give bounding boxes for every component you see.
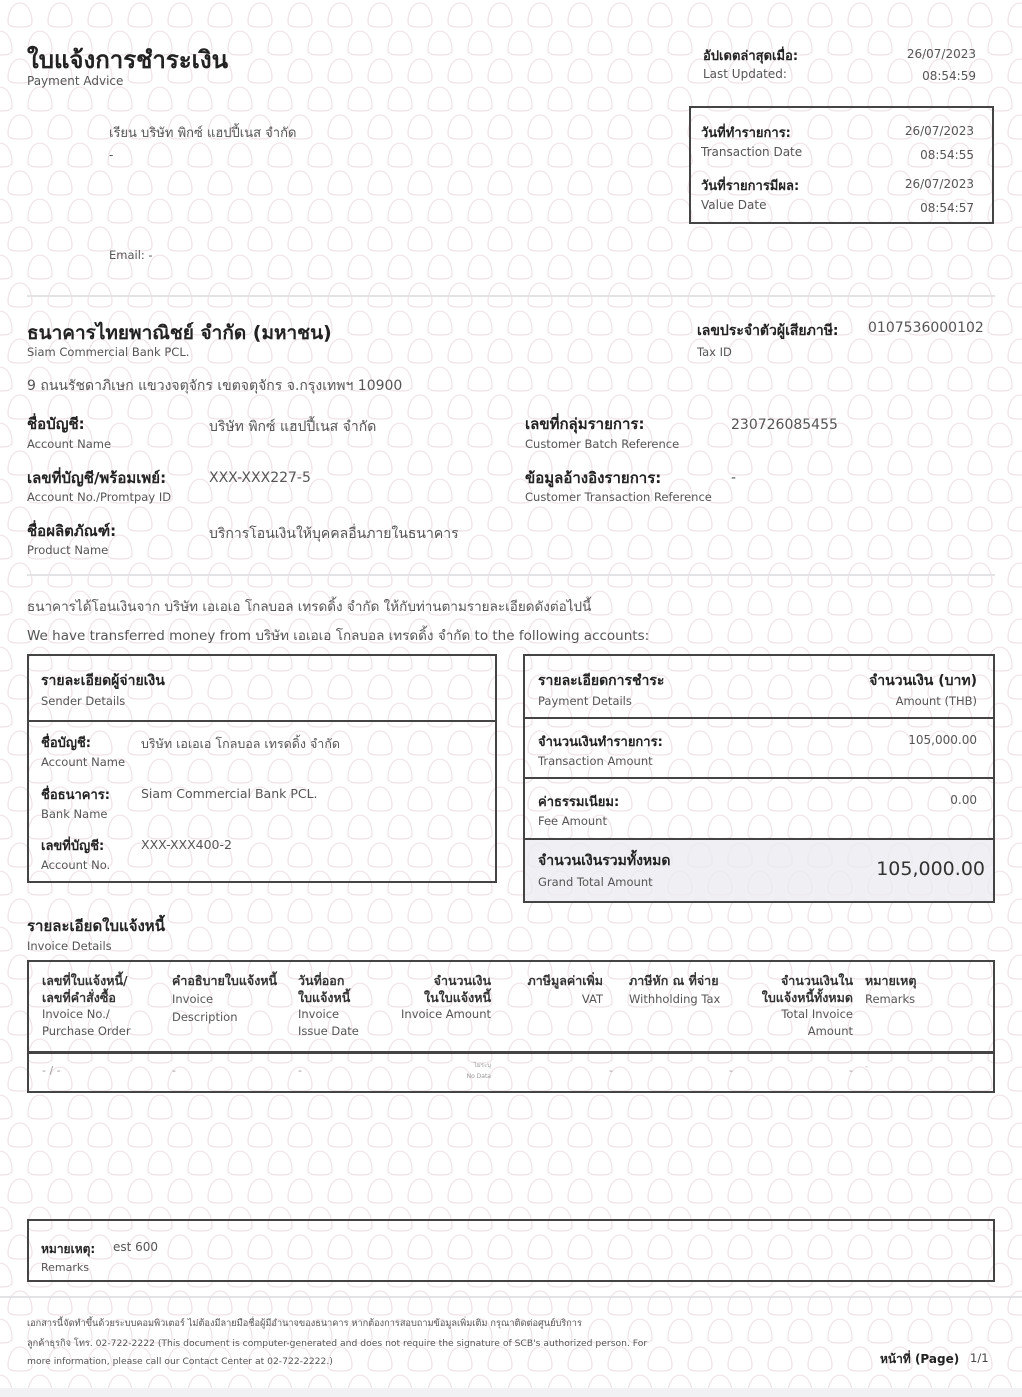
sender-bank-name-value: Siam Commercial Bank PCL. (141, 786, 318, 801)
last-updated-time: 08:54:59 (860, 69, 976, 83)
tx-ref-label: ข้อมูลอ้างอิงรายการ: (525, 466, 661, 490)
invoice-col-issue-date: วันที่ออก ใบแจ้งหนี้ Invoice Issue Date (298, 972, 388, 1040)
payment-advice-page: ใบแจ้งการชำระเงิน Payment Advice อัปเดตล… (0, 0, 1022, 1397)
invoice-col-remarks: หมายเหตุ Remarks (865, 972, 965, 1008)
grand-total-label: จำนวนเงินรวมทั้งหมด (538, 850, 670, 872)
sender-title-en: Sender Details (41, 694, 125, 708)
transaction-amount-label: จำนวนเงินทำรายการ: (538, 731, 663, 752)
tx-ref-value: - (731, 470, 736, 486)
invoice-col-amount: จำนวนเงิน ในใบแจ้งหนี้ Invoice Amount (389, 972, 491, 1022)
sender-account-no-value: XXX-XXX400-2 (141, 837, 232, 852)
sender-title: รายละเอียดผู้จ่ายเงิน (41, 670, 165, 692)
sender-details-box: รายละเอียดผู้จ่ายเงิน Sender Details ชื่… (27, 654, 497, 883)
remarks-label: หมายเหตุ: (41, 1240, 95, 1259)
last-updated-label-en: Last Updated: (703, 67, 787, 81)
account-number-label-en: Account No./Promtpay ID (27, 490, 171, 504)
invoice-col-withholding: ภาษีหัก ณ ที่จ่าย Withholding Tax (629, 972, 739, 1008)
tax-id-value: 0107536000102 (868, 320, 984, 336)
divider (27, 295, 995, 297)
tax-id-label: เลขประจำตัวผู้เสียภาษี: (697, 320, 839, 342)
batch-ref-label: เลขที่กลุ่มรายการ: (525, 412, 644, 436)
fee-amount-label-en: Fee Amount (538, 814, 607, 828)
invoice-col-total: จำนวนเงินใน ใบแจ้งหนี้ทั้งหมด Total Invo… (741, 972, 853, 1040)
transaction-amount-value: 105,000.00 (765, 733, 977, 747)
value-time: 08:54:57 (851, 201, 974, 215)
tax-id-label-en: Tax ID (697, 345, 732, 359)
remarks-box: หมายเหตุ: est 600 Remarks (27, 1219, 995, 1282)
batch-ref-value: 230726085455 (731, 417, 838, 433)
sender-bank-name-label: ชื่อธนาคาร: (41, 784, 110, 805)
last-updated-date: 26/07/2023 (860, 47, 976, 61)
transfer-note-en: We have transferred money from บริษัท เอ… (27, 624, 649, 646)
table-row: - / - - - ไม่ระบุ No Data - - - - (29, 1054, 993, 1091)
sender-account-name-value: บริษัท เอเอเอ โกลบอล เทรดดิ้ง จำกัด (141, 734, 340, 754)
invoice-issue-date-cell: - (298, 1064, 302, 1077)
invoice-table: เลขที่ใบแจ้งหนี้/ เลขที่คำสั่งซื้อ Invoi… (27, 960, 995, 1093)
payment-title: รายละเอียดการชำระ (538, 670, 664, 692)
invoice-description-cell: - (172, 1064, 176, 1077)
transaction-date: 26/07/2023 (851, 124, 974, 138)
value-date-label: วันที่รายการมีผล: (701, 175, 799, 196)
bank-address: 9 ถนนรัชดาภิเษก แขวงจตุจักร เขตจตุจักร จ… (27, 375, 402, 397)
payment-header-divider (525, 717, 993, 719)
batch-ref-label-en: Customer Batch Reference (525, 437, 679, 451)
transaction-amount-label-en: Transaction Amount (538, 754, 653, 768)
invoice-title-en: Invoice Details (27, 939, 112, 953)
remarks-value: est 600 (113, 1240, 158, 1254)
payment-row-divider (525, 777, 993, 779)
invoice-vat-cell: - (609, 1064, 613, 1077)
account-number-value: XXX-XXX227-5 (209, 470, 311, 486)
amount-header-en: Amount (THB) (765, 694, 977, 708)
sender-account-no-label: เลขที่บัญชี: (41, 835, 104, 856)
account-name-label-en: Account Name (27, 437, 111, 451)
transaction-date-label: วันที่ทำรายการ: (701, 122, 791, 143)
sender-account-no-label-en: Account No. (41, 858, 110, 872)
last-updated-label: อัปเดตล่าสุดเมื่อ: (703, 45, 798, 66)
account-number-label: เลขที่บัญชี/พร้อมเพย์: (27, 466, 166, 490)
value-date-label-en: Value Date (701, 198, 766, 212)
invoice-col-vat: ภาษีมูลค่าเพิ่ม VAT (509, 972, 603, 1008)
footer-line-3: more information, please call our Contac… (27, 1356, 333, 1367)
bank-name-en: Siam Commercial Bank PCL. (27, 345, 189, 359)
footer-line-2: ลูกค้าธุรกิจ โทร. 02-722-2222 (This docu… (27, 1336, 747, 1351)
sender-bank-name-label-en: Bank Name (41, 807, 107, 821)
fee-amount-value: 0.00 (765, 793, 977, 807)
recipient-name: เรียน บริษัท พิกซ์ แฮปปี้เนส จำกัด (109, 122, 296, 143)
divider (27, 574, 995, 576)
recipient-address: - (109, 148, 113, 162)
account-name-label: ชื่อบัญชี: (27, 412, 85, 436)
sender-header-divider (29, 720, 495, 722)
page-number-value: 1/1 (970, 1351, 989, 1365)
bank-name: ธนาคารไทยพาณิชย์ จำกัด (มหาชน) (27, 318, 332, 348)
transaction-date-label-en: Transaction Date (701, 145, 802, 159)
invoice-total-cell: - (849, 1064, 853, 1077)
transaction-time: 08:54:55 (851, 148, 974, 162)
invoice-number-cell: - / - (42, 1064, 61, 1077)
invoice-amount-cell: ไม่ระบุ No Data (429, 1060, 491, 1080)
remarks-label-en: Remarks (41, 1261, 89, 1274)
invoice-col-number: เลขที่ใบแจ้งหนี้/ เลขที่คำสั่งซื้อ Invoi… (42, 972, 162, 1040)
sender-account-name-label: ชื่อบัญชี: (41, 732, 91, 753)
payment-details-box: รายละเอียดการชำระ Payment Details จำนวนเ… (523, 654, 995, 903)
product-name-label-en: Product Name (27, 543, 108, 557)
footer-line-1: เอกสารนี้จัดทำขึ้นด้วยระบบคอมพิวเตอร์ ไม… (27, 1316, 747, 1331)
value-date: 26/07/2023 (851, 177, 974, 191)
page-number-label: หน้าที่ (Page) (880, 1350, 959, 1369)
page-subtitle: Payment Advice (27, 74, 123, 88)
invoice-col-description: คำอธิบายใบแจ้งหนี้ Invoice Description (172, 972, 292, 1026)
product-name-label: ชื่อผลิตภัณฑ์: (27, 519, 116, 543)
tx-ref-label-en: Customer Transaction Reference (525, 490, 712, 504)
payment-title-en: Payment Details (538, 694, 632, 708)
dates-box: วันที่ทำรายการ: Transaction Date 26/07/2… (689, 106, 994, 224)
invoice-remarks-cell: - (865, 1062, 868, 1072)
grand-total-row: จำนวนเงินรวมทั้งหมด Grand Total Amount 1… (525, 840, 993, 901)
footer-divider (0, 1296, 1022, 1298)
invoice-title: รายละเอียดใบแจ้งหนี้ (27, 914, 165, 938)
invoice-wht-cell: - (729, 1064, 733, 1077)
grand-total-label-en: Grand Total Amount (538, 875, 653, 889)
amount-header: จำนวนเงิน (บาท) (765, 670, 977, 692)
sender-account-name-label-en: Account Name (41, 755, 125, 769)
product-name-value: บริการโอนเงินให้บุคคลอื่นภายในธนาคาร (209, 523, 459, 545)
fee-amount-label: ค่าธรรมเนียม: (538, 791, 619, 812)
account-name-value: บริษัท พิกซ์ แฮปปี้เนส จำกัด (209, 416, 376, 438)
recipient-email: Email: - (109, 248, 153, 262)
grand-total-value: 105,000.00 (725, 858, 985, 880)
transfer-note-th: ธนาคารได้โอนเงินจาก บริษัท เอเอเอ โกลบอล… (27, 595, 591, 617)
